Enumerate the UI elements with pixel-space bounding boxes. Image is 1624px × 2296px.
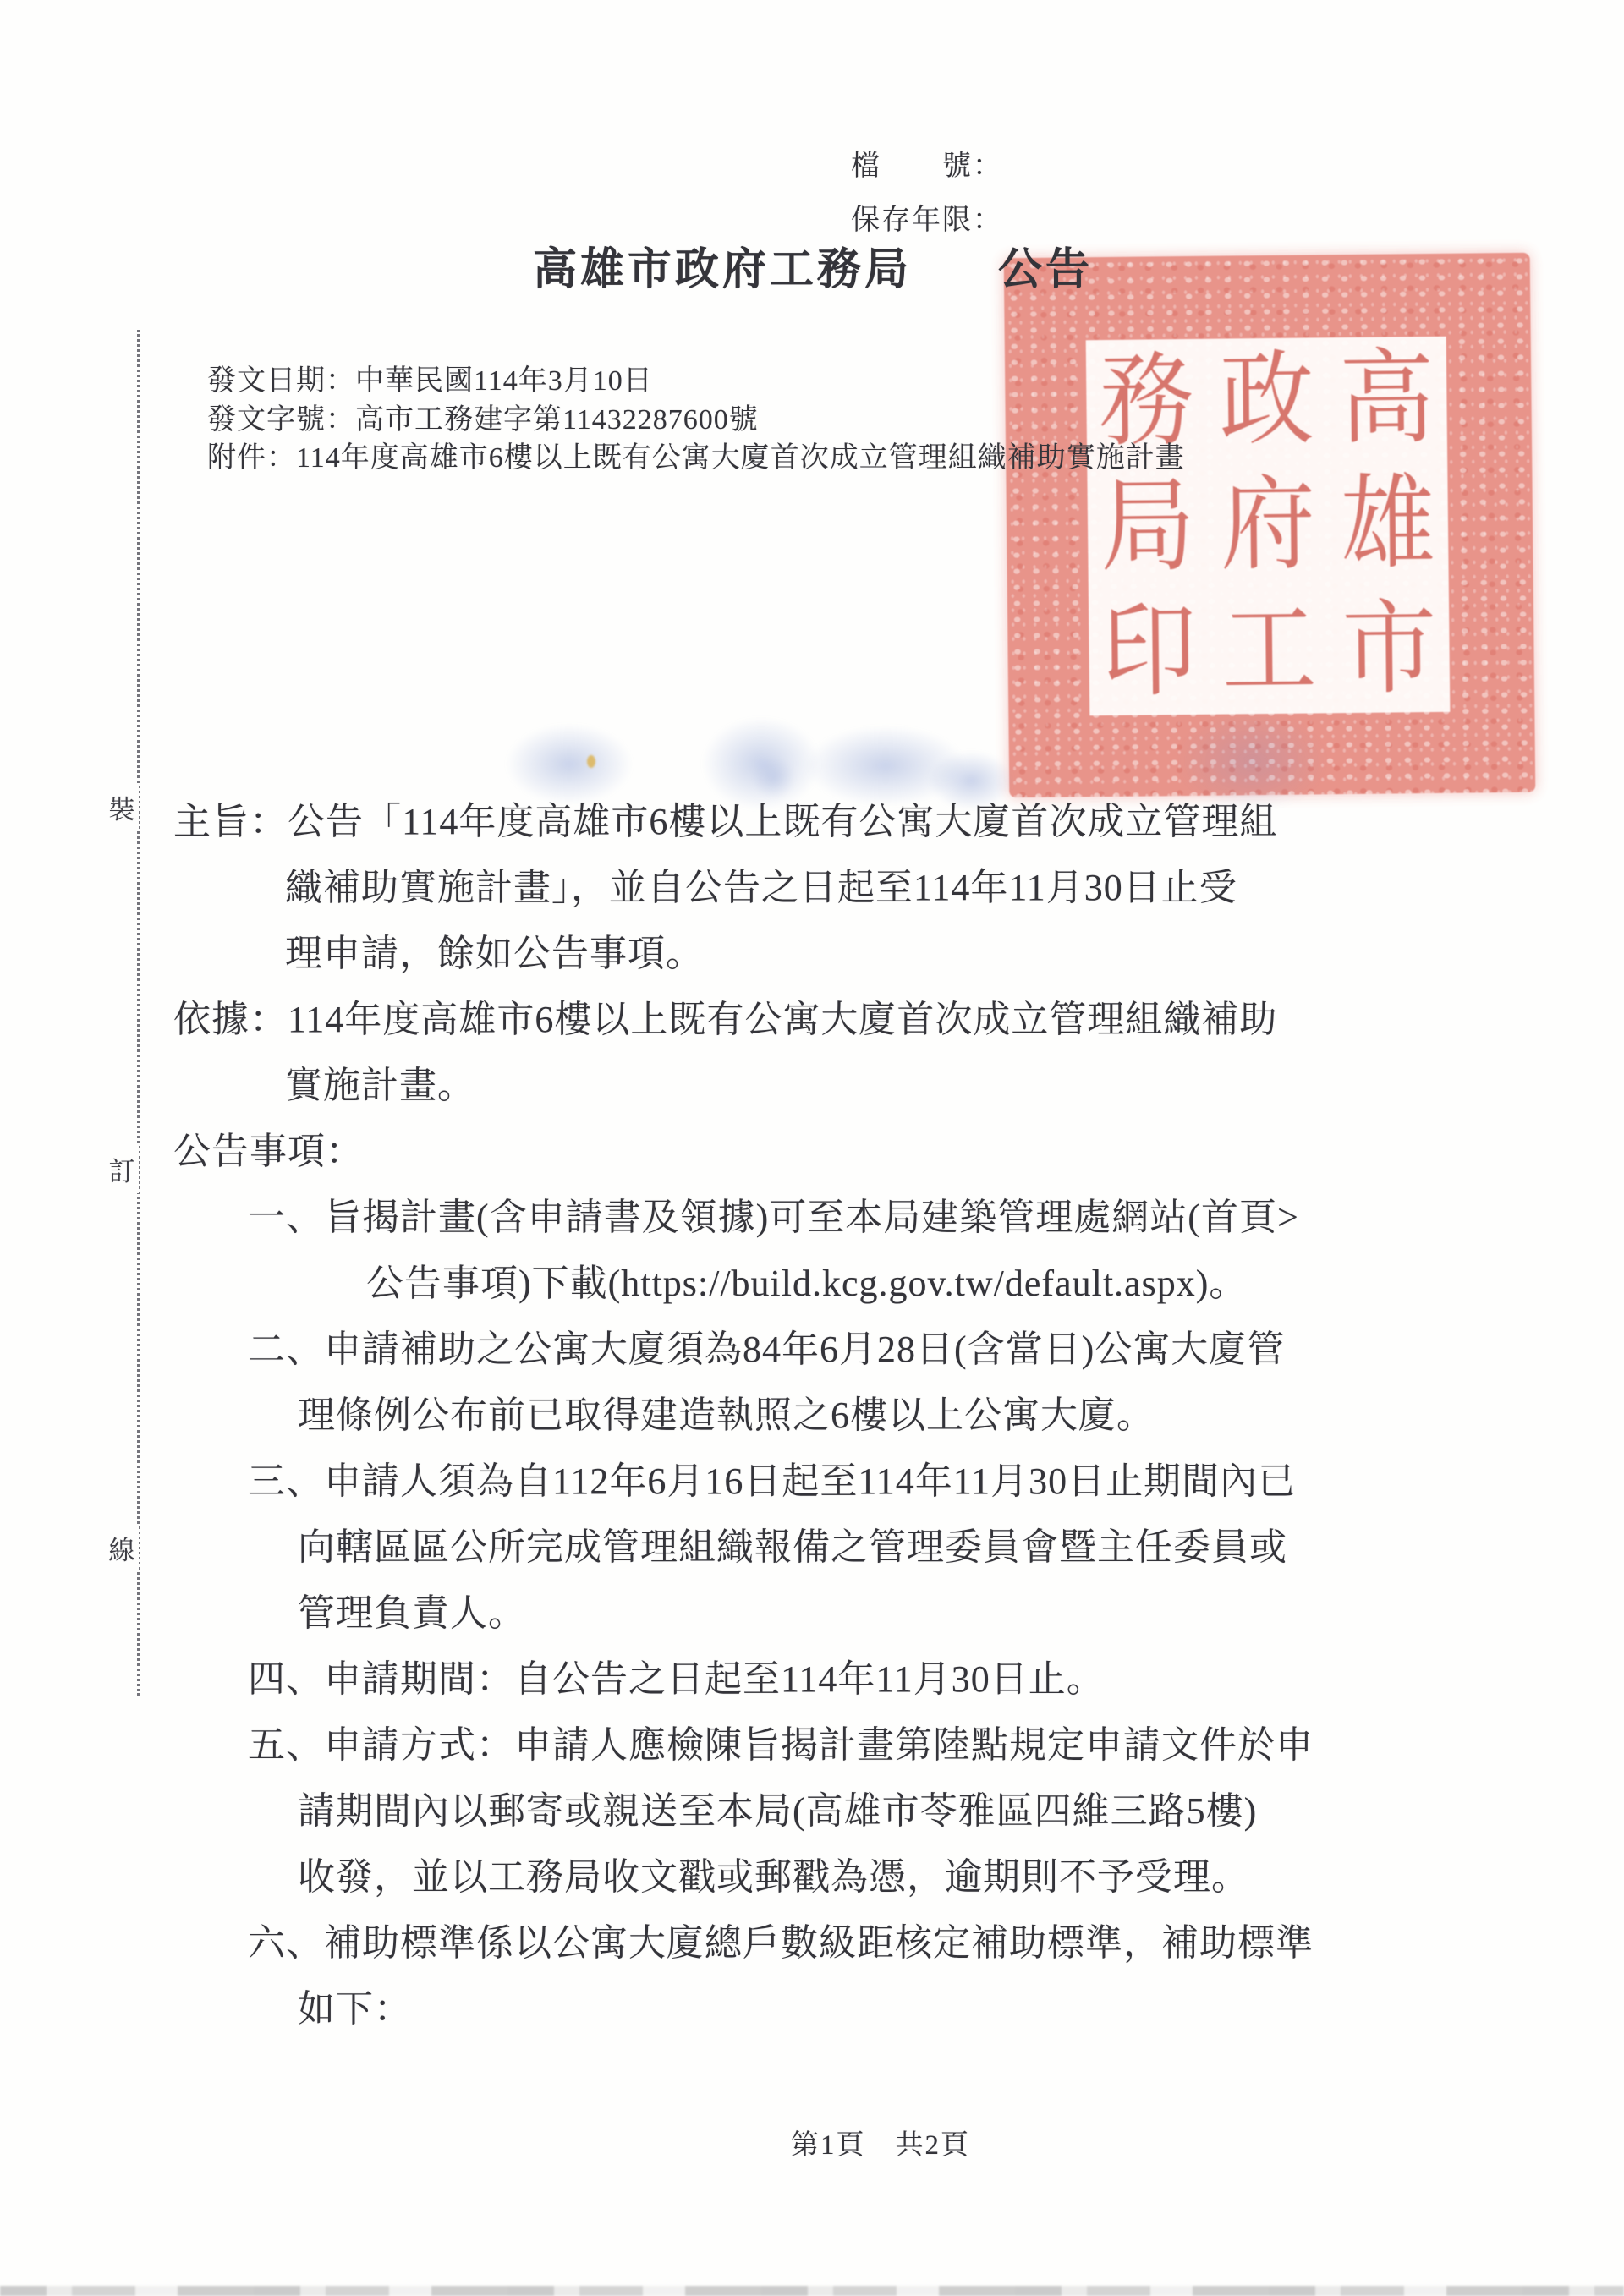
body-line-subject: 主旨：公告「114年度高雄市6樓以上既有公寓大廈首次成立管理組 [173,803,1277,841]
binding-dotted-line [137,330,140,1696]
seal-glyph-grid: 務 政 高 局 府 雄 印 工 市 [1086,337,1451,715]
seal-glyph: 高 [1326,332,1448,468]
body-line: 實施計畫。 [285,1067,475,1104]
body-line-item-2: 二、申請補助之公寓大廈須為84年6月28日(含當日)公寓大廈管 [248,1331,1285,1368]
body-line-item-3: 三、申請人須為自112年6月16日起至114年11月30日止期間內已 [248,1463,1296,1500]
body-line: 如下： [298,1991,412,2028]
seal-glyph: 印 [1089,584,1210,721]
body-line-items-header: 公告事項： [173,1133,364,1170]
binding-mark-ding: 訂 [105,1145,139,1193]
body-line: 理條例公布前已取得建造執照之6樓以上公寓大廈。 [298,1397,1155,1434]
body-line-item-5: 五、申請方式：申請人應檢陳旨揭計畫第陸點規定申請文件於申 [248,1727,1314,1764]
scan-edge-artifact [0,2286,1624,2296]
body-line: 公告事項)下載(https://build.kcg.gov.tw/default… [366,1265,1247,1302]
page-number: 第1頁 共2頁 [791,2123,970,2162]
issue-date-line: 發文日期：中華民國114年3月10日 [207,357,653,398]
doc-number-line: 發文字號：高市工務建字第11432287600號 [207,396,759,437]
attachment-line: 附件：114年度高雄市6樓以上既有公寓大廈首次成立管理組織補助實施計畫 [207,434,1185,475]
seal-glyph: 工 [1209,583,1330,719]
seal-glyph: 市 [1329,582,1451,718]
body-line-item-6: 六、補助標準係以公寓大廈總戶數級距核定補助標準，補助標準 [248,1925,1314,1962]
ink-speck [587,755,595,768]
scanned-announcement-page: 務 政 高 局 府 雄 印 工 市 檔 號： 保存年限： 高雄市政府工務局 公告… [0,0,1624,2296]
official-seal-inner: 務 政 高 局 府 雄 印 工 市 [1086,337,1451,715]
file-number-label: 檔 號： [851,142,1003,184]
ink-bleed-smudge [1176,710,1328,812]
seal-glyph: 局 [1087,459,1209,595]
binding-mark-zhuang: 裝 [105,783,139,831]
body-line: 收發，並以工務局收文戳或郵戳為憑，逾期則不予受理。 [298,1859,1249,1896]
seal-glyph: 府 [1207,458,1329,594]
body-line: 理申請，餘如公告事項。 [285,935,704,973]
retention-period-label: 保存年限： [851,196,1003,238]
seal-glyph: 政 [1206,332,1328,469]
body-line-item-1: 一、旨揭計畫(含申請書及領據)可至本局建築管理處網站(首頁> [248,1199,1299,1236]
document-type-title: 公告 [998,233,1093,297]
issuing-agency-title: 高雄市政府工務局 [533,233,912,297]
body-line-item-4: 四、申請期間：自公告之日起至114年11月30日止。 [248,1661,1105,1698]
ink-bleed-smudge [506,724,633,804]
ink-bleed-smudge [753,757,795,799]
binding-mark-xian: 線 [105,1524,139,1572]
body-line: 請期間內以郵寄或親送至本局(高雄市苓雅區四維三路5樓) [298,1793,1257,1830]
body-line: 管理負責人。 [298,1595,526,1632]
body-line: 織補助實施計畫」，並自公告之日起至114年11月30日止受 [285,869,1237,907]
seal-glyph: 雄 [1327,457,1449,593]
body-line-basis: 依據：114年度高雄市6樓以上既有公寓大廈首次成立管理組織補助 [173,1001,1277,1038]
body-line: 向轄區區公所完成管理組織報備之管理委員會暨主任委員或 [298,1529,1287,1566]
